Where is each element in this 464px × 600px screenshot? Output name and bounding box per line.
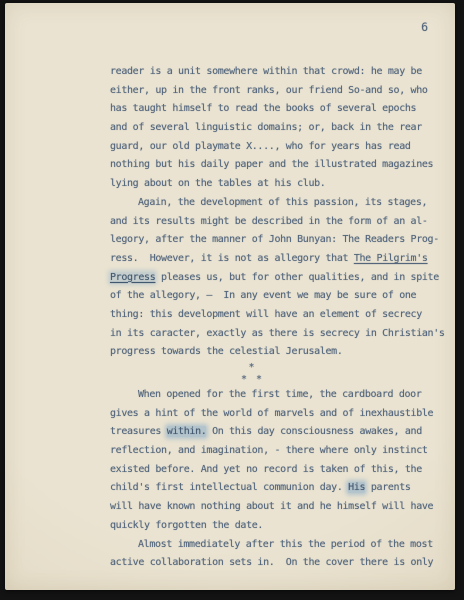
- typescript-line: Progress pleases us, but for other quali…: [110, 269, 436, 288]
- text-segment: thing: this development will have an ele…: [110, 309, 422, 320]
- typescript-line: has taught himself to read the books of …: [110, 100, 436, 119]
- text-segment: Almost immediately after this the period…: [138, 539, 433, 550]
- typescript-line: nothing but his daily paper and the illu…: [110, 156, 436, 175]
- text-segment: active collaboration sets in. On the cov…: [110, 557, 433, 568]
- underline-highlight-text: Progress: [110, 272, 155, 283]
- section-divider: *: [110, 362, 436, 374]
- text-segment: reflection, and imagination, - there whe…: [110, 445, 428, 456]
- text-segment: * *: [241, 374, 264, 385]
- typescript-line: ress. However, it is not as allegory tha…: [110, 250, 436, 269]
- text-segment: ress. However, it is not as allegory tha…: [110, 253, 354, 264]
- typescript-line: in its caracter, exactly as there is sec…: [110, 325, 436, 344]
- text-segment: in its caracter, exactly as there is sec…: [110, 328, 445, 339]
- text-segment: either, up in the front ranks, our frien…: [110, 85, 428, 96]
- text-segment: will have known nothing about it and he …: [110, 501, 433, 512]
- typescript-line: child's first intellectual communion day…: [110, 479, 436, 498]
- text-segment: Again, the development of this passion, …: [138, 197, 427, 208]
- text-segment: guard, our old playmate X...., who for y…: [110, 141, 411, 152]
- text-segment: legory, after the manner of John Bunyan:…: [110, 234, 439, 245]
- typescript-line: active collaboration sets in. On the cov…: [110, 554, 436, 573]
- typescript-line: progress towards the celestial Jerusalem…: [110, 343, 436, 362]
- text-segment: nothing but his daily paper and the illu…: [110, 159, 433, 170]
- typescript-line: Again, the development of this passion, …: [110, 194, 436, 213]
- text-segment: treasures: [110, 426, 167, 437]
- page-number: 6: [421, 20, 428, 34]
- text-segment: quickly forgotten the date.: [110, 520, 263, 531]
- typescript-line: legory, after the manner of John Bunyan:…: [110, 231, 436, 250]
- text-segment: parents: [365, 482, 410, 493]
- typescript-line: of the allegory, — In any event we may b…: [110, 287, 436, 306]
- typescript-line: existed before. And yet no record is tak…: [110, 461, 436, 480]
- typescript-line: and of several linguistic domains; or, b…: [110, 119, 436, 138]
- text-segment: and of several linguistic domains; or, b…: [110, 122, 422, 133]
- text-segment: progress towards the celestial Jerusalem…: [110, 346, 343, 357]
- typescript-line: reflection, and imagination, - there whe…: [110, 442, 436, 461]
- typescript-line: guard, our old playmate X...., who for y…: [110, 138, 436, 157]
- typescript-line: When opened for the first time, the card…: [110, 386, 436, 405]
- typescript-line: will have known nothing about it and he …: [110, 498, 436, 517]
- text-segment: *: [241, 362, 256, 373]
- typescript-line: either, up in the front ranks, our frien…: [110, 82, 436, 101]
- text-segment: of the allegory, — In any event we may b…: [110, 290, 416, 301]
- typescript-line: treasures within. On this day consciousn…: [110, 423, 436, 442]
- typescript-line: Almost immediately after this the period…: [110, 536, 436, 555]
- typescript-page: 6 reader is a unit somewhere within that…: [5, 3, 455, 590]
- text-segment: On this day consciousness awakes, and: [206, 426, 421, 437]
- text-segment: reader is a unit somewhere within that c…: [110, 66, 422, 77]
- text-segment: pleases us, but for other qualities, and…: [155, 272, 439, 283]
- text-segment: and its results might be described in th…: [110, 216, 428, 227]
- typescript-line: reader is a unit somewhere within that c…: [110, 63, 436, 82]
- text-segment: lying about on the tables at his club.: [110, 178, 325, 189]
- text-segment: When opened for the first time, the card…: [138, 389, 422, 400]
- typescript-line: and its results might be described in th…: [110, 213, 436, 232]
- highlight-text: His: [348, 482, 365, 493]
- text-segment: existed before. And yet no record is tak…: [110, 464, 422, 475]
- section-divider: * *: [110, 374, 436, 386]
- typescript-line: gives a hint of the world of marvels and…: [110, 405, 436, 424]
- typescript-text-block: reader is a unit somewhere within that c…: [110, 63, 436, 573]
- underline-text: The Pilgrim's: [354, 253, 428, 264]
- highlight-text: within.: [167, 426, 207, 437]
- text-segment: has taught himself to read the books of …: [110, 103, 416, 114]
- typescript-line: quickly forgotten the date.: [110, 517, 436, 536]
- typescript-line: lying about on the tables at his club.: [110, 175, 436, 194]
- text-segment: child's first intellectual communion day…: [110, 482, 348, 493]
- text-segment: gives a hint of the world of marvels and…: [110, 408, 433, 419]
- typescript-line: thing: this development will have an ele…: [110, 306, 436, 325]
